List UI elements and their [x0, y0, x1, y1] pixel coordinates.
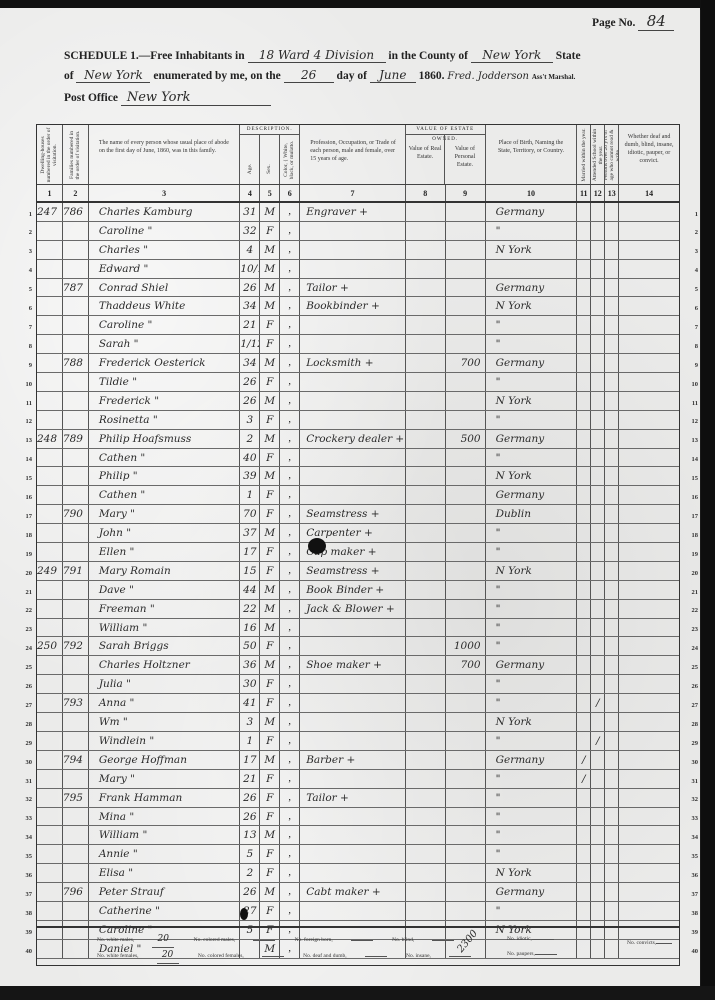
- person-name-cell: Cathen ": [89, 486, 241, 504]
- line-number-right: 13: [682, 437, 698, 444]
- line-number-right: 16: [682, 494, 698, 501]
- birthplace-cell: ": [486, 543, 578, 561]
- married-within-year-cell: [577, 864, 591, 882]
- ward-division: 18 Ward 4 Division: [248, 48, 386, 63]
- birthplace-cell: Germany: [486, 354, 578, 372]
- family-number-cell: [63, 335, 89, 353]
- occupation-cell: [300, 713, 406, 731]
- disability-cell: [619, 562, 679, 580]
- line-number-left: 37: [16, 891, 32, 898]
- line-number-left: 8: [16, 343, 32, 350]
- line-number-left: 22: [16, 607, 32, 614]
- age-cell: 3: [240, 411, 260, 429]
- header-married: Married within the year.: [581, 127, 587, 183]
- line-number-left: 30: [16, 759, 32, 766]
- personal-estate-value-cell: [446, 373, 486, 391]
- color-cell: ,: [280, 789, 300, 807]
- age-cell: 32: [240, 222, 260, 240]
- occupation-cell: [300, 770, 406, 788]
- age-cell: 26: [240, 279, 260, 297]
- attended-school-cell: [591, 675, 605, 693]
- table-row: Charles "4M,N York: [37, 241, 679, 260]
- post-office-label: Post Office: [64, 92, 118, 104]
- line-number-right: 25: [682, 664, 698, 671]
- birthplace-cell: ": [486, 845, 578, 863]
- occupation-cell: [300, 864, 406, 882]
- line-number-right: 5: [682, 286, 698, 293]
- disability-cell: [619, 808, 679, 826]
- attended-school-cell: [591, 751, 605, 769]
- page-number: 84: [638, 12, 674, 31]
- age-cell: 1: [240, 486, 260, 504]
- birthplace-cell: ": [486, 789, 578, 807]
- white-males-count: 20: [152, 932, 174, 948]
- cannot-read-write-cell: [605, 826, 619, 844]
- attended-school-cell: [591, 543, 605, 561]
- line-number-left: 1: [16, 211, 32, 218]
- table-row: Frederick "26M,N York: [37, 392, 679, 411]
- person-name-cell: Charles ": [89, 241, 241, 259]
- sex-cell: F: [260, 902, 280, 920]
- header-occupation: Profession, Occupation, or Trade of each…: [300, 125, 405, 163]
- person-name-cell: Catherine ": [89, 902, 241, 920]
- header-birthplace: Place of Birth, Naming the State, Territ…: [486, 125, 577, 155]
- table-row: 250792Sarah Briggs50F,1000": [37, 637, 679, 656]
- married-within-year-cell: [577, 732, 591, 750]
- personal-estate-value-cell: [446, 675, 486, 693]
- attended-school-cell: [591, 713, 605, 731]
- personal-estate-value-cell: [446, 203, 486, 221]
- disability-cell: [619, 316, 679, 334]
- cannot-read-write-cell: [605, 335, 619, 353]
- table-row: 787Conrad Shiel26M,Tailor +Germany: [37, 279, 679, 298]
- married-within-year-cell: [577, 241, 591, 259]
- color-cell: ,: [280, 524, 300, 542]
- personal-estate-value-cell: [446, 335, 486, 353]
- cannot-read-write-cell: [605, 241, 619, 259]
- married-within-year-cell: [577, 845, 591, 863]
- sex-cell: M: [260, 826, 280, 844]
- married-within-year-cell: [577, 392, 591, 410]
- married-within-year-cell: [577, 260, 591, 278]
- age-cell: 44: [240, 581, 260, 599]
- attended-school-cell: [591, 430, 605, 448]
- occupation-cell: [300, 449, 406, 467]
- header-sex: Sex.: [266, 149, 272, 184]
- real-estate-value-cell: [406, 883, 446, 901]
- sex-cell: F: [260, 543, 280, 561]
- attended-school-cell: [591, 883, 605, 901]
- married-within-year-cell: [577, 883, 591, 901]
- person-name-cell: Freeman ": [89, 600, 241, 618]
- sex-cell: F: [260, 411, 280, 429]
- disability-cell: [619, 467, 679, 485]
- cannot-read-write-cell: [605, 675, 619, 693]
- age-cell: 3: [240, 713, 260, 731]
- header-color: Color, { White, black, or mulatto.: [283, 137, 295, 183]
- line-number-left: 15: [16, 475, 32, 482]
- occupation-cell: Bookbinder +: [300, 297, 406, 315]
- married-within-year-cell: [577, 581, 591, 599]
- real-estate-value-cell: [406, 751, 446, 769]
- line-number-right: 35: [682, 853, 698, 860]
- cannot-read-write-cell: [605, 845, 619, 863]
- attended-school-cell: [591, 524, 605, 542]
- person-name-cell: William ": [89, 619, 241, 637]
- disability-cell: [619, 826, 679, 844]
- dwelling-number-cell: [37, 619, 63, 637]
- married-within-year-cell: [577, 486, 591, 504]
- occupation-cell: [300, 845, 406, 863]
- sex-cell: F: [260, 222, 280, 240]
- attended-school-cell: [591, 203, 605, 221]
- disability-cell: [619, 656, 679, 674]
- family-number-cell: 787: [63, 279, 89, 297]
- line-number-left: 28: [16, 721, 32, 728]
- blind-label: No. blind,: [392, 933, 414, 948]
- real-estate-value-cell: [406, 373, 446, 391]
- table-row: 794George Hoffman17M,Barber +Germany/: [37, 751, 679, 770]
- person-name-cell: Charles Kamburg: [89, 203, 241, 221]
- personal-estate-value-cell: [446, 222, 486, 240]
- line-number-left: 23: [16, 626, 32, 633]
- disability-cell: [619, 449, 679, 467]
- sex-cell: M: [260, 260, 280, 278]
- line-number-right: 15: [682, 475, 698, 482]
- real-estate-value-cell: [406, 581, 446, 599]
- occupation-cell: [300, 392, 406, 410]
- disability-cell: [619, 260, 679, 278]
- dwelling-number-cell: [37, 713, 63, 731]
- paupers-label: No. paupers,: [507, 951, 535, 957]
- disability-cell: [619, 694, 679, 712]
- state: New York: [76, 68, 150, 83]
- cannot-read-write-cell: [605, 354, 619, 372]
- sex-cell: F: [260, 864, 280, 882]
- color-cell: ,: [280, 581, 300, 599]
- age-cell: 70: [240, 505, 260, 523]
- colnum: 1: [37, 185, 63, 201]
- family-number-cell: 790: [63, 505, 89, 523]
- cannot-read-write-cell: [605, 430, 619, 448]
- color-cell: ,: [280, 675, 300, 693]
- dwelling-number-cell: [37, 732, 63, 750]
- age-cell: 5: [240, 845, 260, 863]
- color-cell: ,: [280, 637, 300, 655]
- dwelling-number-cell: [37, 789, 63, 807]
- line-number-right: 6: [682, 305, 698, 312]
- married-within-year-cell: [577, 826, 591, 844]
- age-cell: 31: [240, 203, 260, 221]
- age-cell: 1/12: [240, 335, 260, 353]
- line-number-right: 3: [682, 248, 698, 255]
- disability-cell: [619, 297, 679, 315]
- real-estate-value-cell: [406, 543, 446, 561]
- disability-cell: [619, 279, 679, 297]
- cannot-read-write-cell: [605, 203, 619, 221]
- real-estate-value-cell: [406, 845, 446, 863]
- age-cell: 13: [240, 826, 260, 844]
- occupation-cell: Tailor +: [300, 789, 406, 807]
- line-number-right: 37: [682, 891, 698, 898]
- dwelling-number-cell: [37, 392, 63, 410]
- line-number-right: 23: [682, 626, 698, 633]
- age-cell: 16: [240, 619, 260, 637]
- cannot-read-write-cell: [605, 486, 619, 504]
- married-within-year-cell: [577, 373, 591, 391]
- dwelling-number-cell: [37, 656, 63, 674]
- attended-school-cell: [591, 316, 605, 334]
- married-within-year-cell: [577, 354, 591, 372]
- birthplace-cell: Dublin: [486, 505, 578, 523]
- person-name-cell: Mary Romain: [89, 562, 241, 580]
- age-cell: 21: [240, 770, 260, 788]
- disability-cell: [619, 486, 679, 504]
- line-number-right: 33: [682, 815, 698, 822]
- person-name-cell: Caroline ": [89, 316, 241, 334]
- real-estate-value-cell: [406, 675, 446, 693]
- colnum: 2: [63, 185, 89, 201]
- personal-estate-value-cell: [446, 883, 486, 901]
- family-number-cell: [63, 864, 89, 882]
- real-estate-value-cell: [406, 279, 446, 297]
- line-number-left: 4: [16, 267, 32, 274]
- line-number-right: 19: [682, 551, 698, 558]
- real-estate-value-cell: [406, 694, 446, 712]
- sex-cell: F: [260, 335, 280, 353]
- attended-school-cell: [591, 486, 605, 504]
- line-number-left: 11: [16, 400, 32, 407]
- married-within-year-cell: [577, 335, 591, 353]
- line-number-right: 4: [682, 267, 698, 274]
- family-number-cell: [63, 845, 89, 863]
- personal-estate-value-cell: [446, 562, 486, 580]
- table-row: Sarah "1/12F,": [37, 335, 679, 354]
- personal-estate-value-cell: [446, 279, 486, 297]
- family-number-cell: [63, 619, 89, 637]
- married-within-year-cell: /: [577, 770, 591, 788]
- family-number-cell: [63, 373, 89, 391]
- table-row: Charles Holtzner36M,Shoe maker +700Germa…: [37, 656, 679, 675]
- colnum: 13: [605, 185, 619, 201]
- sex-cell: M: [260, 524, 280, 542]
- page-label: Page No.: [592, 17, 635, 29]
- occupation-cell: Engraver +: [300, 203, 406, 221]
- colnum: 9: [446, 185, 486, 201]
- table-row: Ellen "17F,Cap maker +": [37, 543, 679, 562]
- colnum: 7: [300, 185, 406, 201]
- family-number-cell: [63, 826, 89, 844]
- birthplace-cell: [486, 260, 578, 278]
- birthplace-cell: N York: [486, 297, 578, 315]
- sex-cell: M: [260, 279, 280, 297]
- color-cell: ,: [280, 694, 300, 712]
- cannot-read-write-cell: [605, 637, 619, 655]
- person-name-cell: Philip Hoafsmuss: [89, 430, 241, 448]
- dwelling-number-cell: [37, 770, 63, 788]
- birthplace-cell: N York: [486, 467, 578, 485]
- sex-cell: F: [260, 316, 280, 334]
- cannot-read-write-cell: [605, 543, 619, 561]
- line-number-left: 29: [16, 740, 32, 747]
- dwelling-number-cell: [37, 883, 63, 901]
- real-estate-value-cell: [406, 505, 446, 523]
- age-cell: 22: [240, 600, 260, 618]
- dwelling-number-cell: [37, 751, 63, 769]
- married-within-year-cell: [577, 543, 591, 561]
- personal-estate-value-cell: [446, 543, 486, 561]
- age-cell: 50: [240, 637, 260, 655]
- personal-estate-value-cell: [446, 808, 486, 826]
- occupation-cell: Cabt maker +: [300, 883, 406, 901]
- attended-school-cell: [591, 392, 605, 410]
- personal-estate-value-cell: [446, 486, 486, 504]
- county-label: in the County of: [388, 50, 468, 62]
- age-cell: 41: [240, 694, 260, 712]
- line-number-right: 27: [682, 702, 698, 709]
- line-number-right: 10: [682, 381, 698, 388]
- color-cell: ,: [280, 732, 300, 750]
- occupation-cell: [300, 826, 406, 844]
- attended-school-cell: [591, 260, 605, 278]
- real-estate-value-cell: [406, 430, 446, 448]
- sex-cell: F: [260, 675, 280, 693]
- dwelling-number-cell: [37, 675, 63, 693]
- age-cell: 21: [240, 316, 260, 334]
- personal-estate-value-cell: [446, 505, 486, 523]
- line-number-left: 40: [16, 948, 32, 955]
- cannot-read-write-cell: [605, 260, 619, 278]
- summary-right: No. idiotic, No. paupers,: [507, 932, 557, 962]
- dwelling-number-cell: [37, 694, 63, 712]
- personal-estate-value-cell: [446, 297, 486, 315]
- birthplace-cell: Germany: [486, 430, 578, 448]
- cannot-read-write-cell: [605, 449, 619, 467]
- disability-cell: [619, 505, 679, 523]
- personal-estate-value-cell: [446, 449, 486, 467]
- color-cell: ,: [280, 543, 300, 561]
- color-cell: ,: [280, 845, 300, 863]
- day-of-label: day of: [337, 70, 367, 82]
- personal-estate-value-cell: [446, 260, 486, 278]
- real-estate-value-cell: [406, 241, 446, 259]
- line-number-left: 34: [16, 834, 32, 841]
- real-estate-value-cell: [406, 335, 446, 353]
- dwelling-number-cell: [37, 845, 63, 863]
- color-cell: ,: [280, 486, 300, 504]
- birthplace-cell: ": [486, 335, 578, 353]
- married-within-year-cell: [577, 600, 591, 618]
- attended-school-cell: [591, 467, 605, 485]
- personal-estate-value-cell: [446, 713, 486, 731]
- color-cell: ,: [280, 449, 300, 467]
- dwelling-number-cell: 249: [37, 562, 63, 580]
- sex-cell: F: [260, 694, 280, 712]
- married-within-year-cell: [577, 675, 591, 693]
- birthplace-cell: ": [486, 902, 578, 920]
- personal-estate-value-cell: [446, 581, 486, 599]
- real-estate-value-cell: [406, 619, 446, 637]
- column-headers: Dwelling-houses numbered in the order of…: [37, 125, 679, 185]
- family-number-cell: [63, 524, 89, 542]
- colnum: 4: [240, 185, 260, 201]
- line-number-left: 38: [16, 910, 32, 917]
- line-number-left: 6: [16, 305, 32, 312]
- age-cell: 1: [240, 732, 260, 750]
- family-number-cell: 794: [63, 751, 89, 769]
- table-row: Julia "30F,": [37, 675, 679, 694]
- census-page: Page No. 84 SCHEDULE 1.—Free Inhabitants…: [0, 8, 700, 993]
- person-name-cell: Anna ": [89, 694, 241, 712]
- line-number-right: 36: [682, 872, 698, 879]
- real-estate-value-cell: [406, 260, 446, 278]
- line-number-right: 40: [682, 948, 698, 955]
- cannot-read-write-cell: [605, 789, 619, 807]
- person-name-cell: Peter Strauf: [89, 883, 241, 901]
- personal-estate-value-cell: [446, 694, 486, 712]
- color-cell: ,: [280, 864, 300, 882]
- color-cell: ,: [280, 808, 300, 826]
- real-estate-value-cell: [406, 713, 446, 731]
- line-number-left: 3: [16, 248, 32, 255]
- family-number-cell: [63, 316, 89, 334]
- attended-school-cell: [591, 770, 605, 788]
- personal-estate-value-cell: [446, 619, 486, 637]
- age-cell: 10/12: [240, 260, 260, 278]
- disability-cell: [619, 543, 679, 561]
- personal-estate-value-cell: [446, 600, 486, 618]
- line-number-right: 34: [682, 834, 698, 841]
- attended-school-cell: [591, 581, 605, 599]
- attended-school-cell: [591, 449, 605, 467]
- personal-estate-value-cell: [446, 316, 486, 334]
- header-dwelling: Dwelling-houses numbered in the order of…: [40, 127, 58, 183]
- line-number-left: 14: [16, 456, 32, 463]
- dwelling-number-cell: [37, 297, 63, 315]
- person-name-cell: Sarah Briggs: [89, 637, 241, 655]
- table-row: John "37M,Carpenter +": [37, 524, 679, 543]
- person-name-cell: Charles Holtzner: [89, 656, 241, 674]
- dwelling-number-cell: [37, 902, 63, 920]
- birthplace-cell: N York: [486, 392, 578, 410]
- attended-school-cell: [591, 637, 605, 655]
- color-cell: ,: [280, 562, 300, 580]
- married-within-year-cell: [577, 297, 591, 315]
- color-cell: ,: [280, 222, 300, 240]
- real-estate-value-cell: [406, 316, 446, 334]
- attended-school-cell: [591, 354, 605, 372]
- cannot-read-write-cell: [605, 713, 619, 731]
- color-cell: ,: [280, 619, 300, 637]
- table-row: Cathen "1F,Germany: [37, 486, 679, 505]
- personal-estate-value-cell: [446, 845, 486, 863]
- person-name-cell: Mary ": [89, 770, 241, 788]
- person-name-cell: William ": [89, 826, 241, 844]
- real-estate-value-cell: [406, 411, 446, 429]
- family-number-cell: [63, 467, 89, 485]
- table-row: 788Frederick Oesterick34M,Locksmith +700…: [37, 354, 679, 373]
- birthplace-cell: ": [486, 808, 578, 826]
- dwelling-number-cell: [37, 449, 63, 467]
- personal-estate-value-cell: [446, 751, 486, 769]
- person-name-cell: Wm ": [89, 713, 241, 731]
- table-row: Edward "10/12M,: [37, 260, 679, 279]
- personal-estate-value-cell: [446, 789, 486, 807]
- person-name-cell: Mina ": [89, 808, 241, 826]
- cannot-read-write-cell: [605, 279, 619, 297]
- married-within-year-cell: [577, 524, 591, 542]
- married-within-year-cell: [577, 713, 591, 731]
